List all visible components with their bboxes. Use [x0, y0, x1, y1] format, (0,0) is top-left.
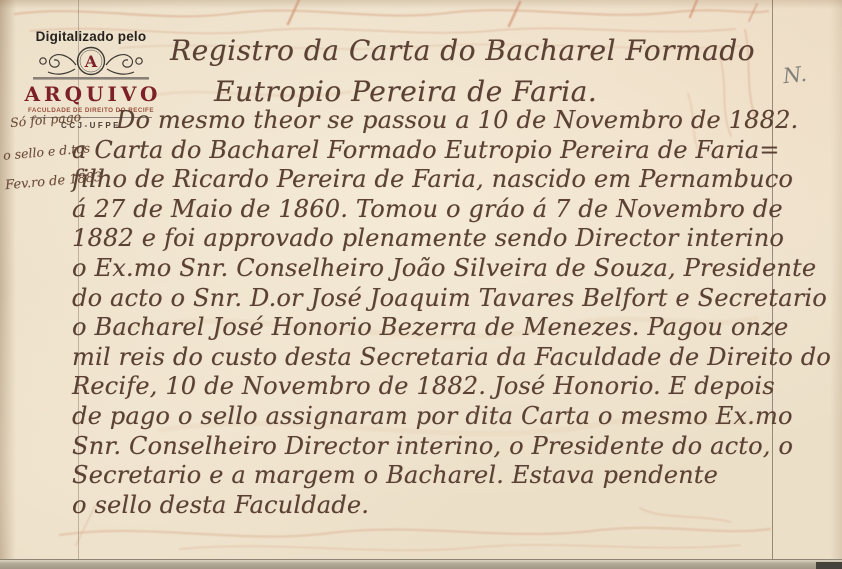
- body-line: Recife, 10 de Novembro de 1882. José Hon…: [72, 372, 774, 402]
- archive-name: ARQUIVO: [14, 82, 168, 106]
- body-line: 1882 e foi approvado plenamente sendo Di…: [72, 224, 774, 254]
- body-line: Snr. Conselheiro Director interino, o Pr…: [72, 432, 774, 462]
- scanned-manuscript-page: Digitalizado pelo A ARQUIVO FACULDADE DE…: [0, 0, 842, 569]
- body-line: do acto o Snr. D.or José Joaquim Tavares…: [72, 284, 774, 314]
- body-line: á 27 de Maio de 1860. Tomou o gráo á 7 d…: [72, 195, 774, 225]
- body-line: a Carta do Bacharel Formado Eutropio Per…: [72, 136, 774, 166]
- record-title: Registro da Carta do Bacharel Formado Eu…: [170, 30, 755, 112]
- body-line: de pago o sello assignaram por dita Cart…: [72, 402, 774, 432]
- pencil-page-mark: N.: [782, 62, 808, 88]
- archive-monogram-ornament-icon: A: [29, 45, 153, 81]
- record-title-line-1: Registro da Carta do Bacharel Formado: [170, 30, 755, 71]
- body-line: o Ex.mo Snr. Conselheiro João Silveira d…: [72, 254, 774, 284]
- monogram-letter: A: [84, 52, 98, 71]
- body-line: o sello desta Faculdade.: [72, 491, 774, 521]
- body-line: mil reis do custo desta Secretaria da Fa…: [72, 343, 774, 373]
- record-body: Do mesmo theor se passou a 10 de Novembr…: [72, 106, 774, 520]
- body-line: o Bacharel José Honorio Bezerra de Menez…: [72, 313, 774, 343]
- body-line: Secretario e a margem o Bacharel. Estava…: [72, 461, 774, 491]
- page-bottom-edge: [0, 559, 842, 569]
- body-line: Do mesmo theor se passou a 10 de Novembr…: [72, 106, 774, 136]
- page-bottom-edge-shadow: [816, 562, 842, 569]
- body-line: filho de Ricardo Pereira de Faria, nasci…: [72, 165, 774, 195]
- digitized-by-label: Digitalizado pelo: [14, 29, 168, 44]
